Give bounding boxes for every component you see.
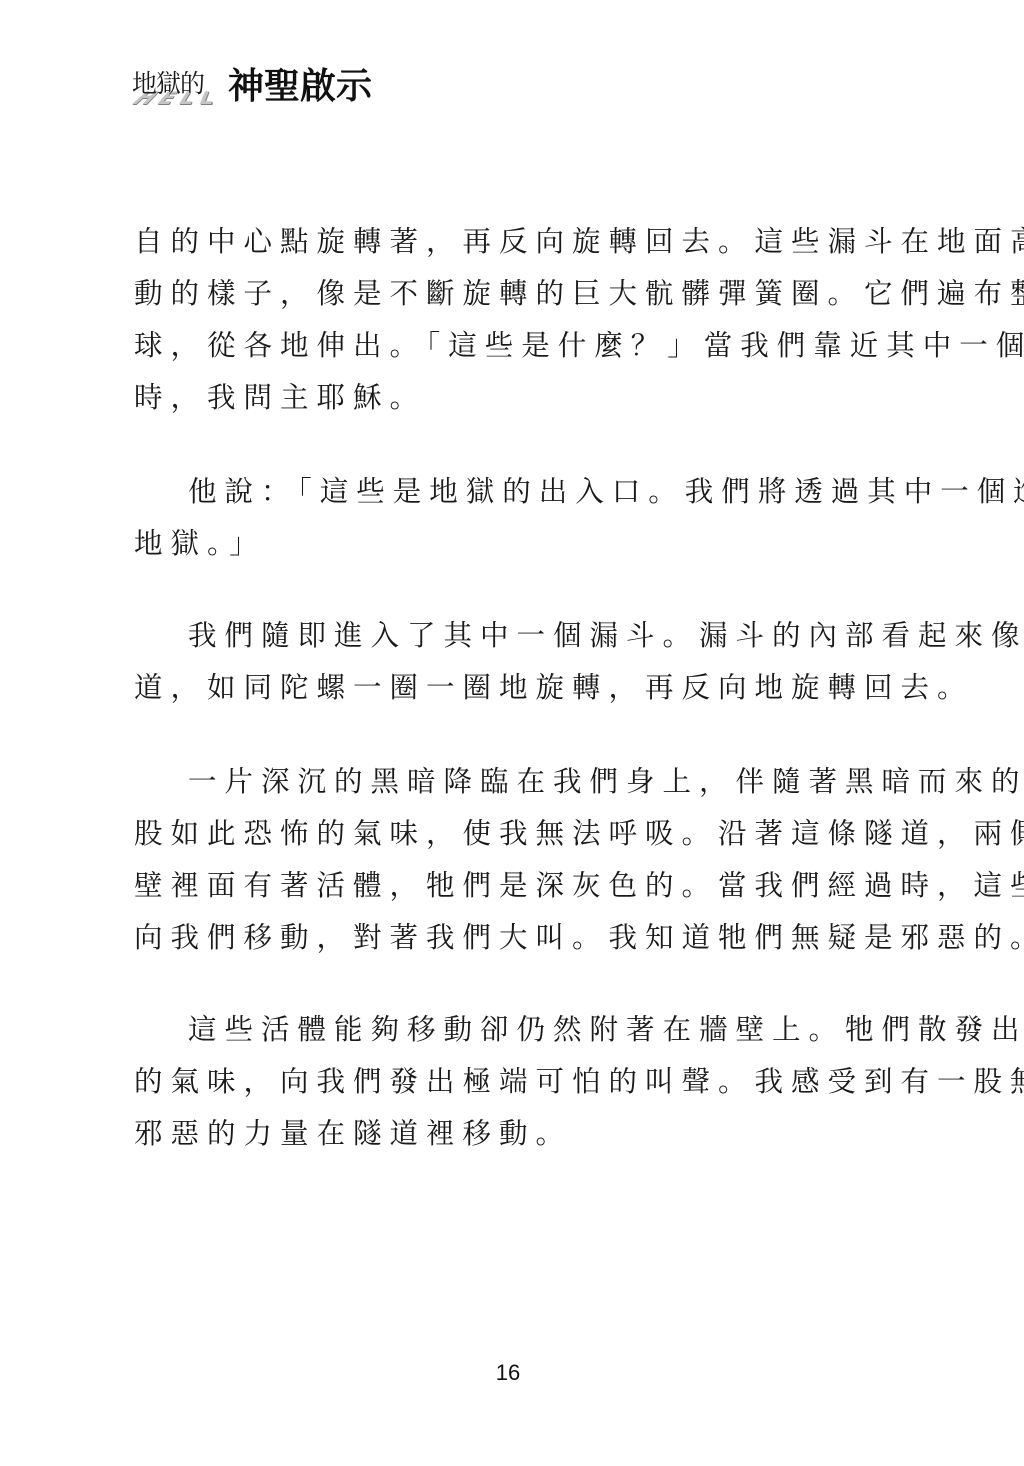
text-line: 時，我問主耶穌。 bbox=[134, 378, 426, 418]
text-line: 地獄。」 bbox=[134, 524, 266, 564]
text-line: 股如此恐怖的氣味，使我無法呼吸。沿著這條隧道，兩側的牆 bbox=[134, 814, 1024, 854]
text-line: 他說：「這些是地獄的出入口。我們將透過其中一個進入 bbox=[188, 472, 1024, 512]
text-line: 的氣味，向我們發出極端可怕的叫聲。我感受到有一股無形、 bbox=[134, 1062, 1024, 1102]
text-line: 邪惡的力量在隧道裡移動。 bbox=[134, 1114, 572, 1154]
text-line: 自的中心點旋轉著，再反向旋轉回去。這些漏斗在地面高處轉 bbox=[134, 222, 1024, 262]
text-line: 一片深沉的黑暗降臨在我們身上，伴隨著黑暗而來的是一 bbox=[188, 762, 1024, 802]
running-header: HELL 地獄的 神聖啟示 bbox=[132, 58, 392, 108]
header-title-small: 地獄的 bbox=[132, 64, 204, 100]
text-line: 向我們移動，對著我們大叫。我知道牠們無疑是邪惡的。 bbox=[134, 918, 1024, 958]
header-title-big: 神聖啟示 bbox=[228, 58, 372, 109]
text-line: 我們隨即進入了其中一個漏斗。漏斗的內部看起來像隧 bbox=[188, 616, 1024, 656]
text-line: 動的樣子，像是不斷旋轉的巨大骯髒彈簧圈。它們遍布整個地 bbox=[134, 274, 1024, 314]
page-number: 16 bbox=[0, 1360, 1016, 1386]
text-line: 壁裡面有著活體，牠們是深灰色的。當我們經過時，這些活體 bbox=[134, 866, 1024, 906]
text-line: 道，如同陀螺一圈一圈地旋轉，再反向地旋轉回去。 bbox=[134, 668, 974, 708]
book-page: HELL 地獄的 神聖啟示 自的中心點旋轉著，再反向旋轉回去。這些漏斗在地面高處… bbox=[0, 0, 1024, 1466]
text-line: 球，從各地伸出。「這些是什麼？」當我們靠近其中一個漏斗 bbox=[134, 326, 1024, 366]
text-line: 這些活體能夠移動卻仍然附著在牆壁上。牠們散發出恐怖 bbox=[188, 1010, 1024, 1050]
